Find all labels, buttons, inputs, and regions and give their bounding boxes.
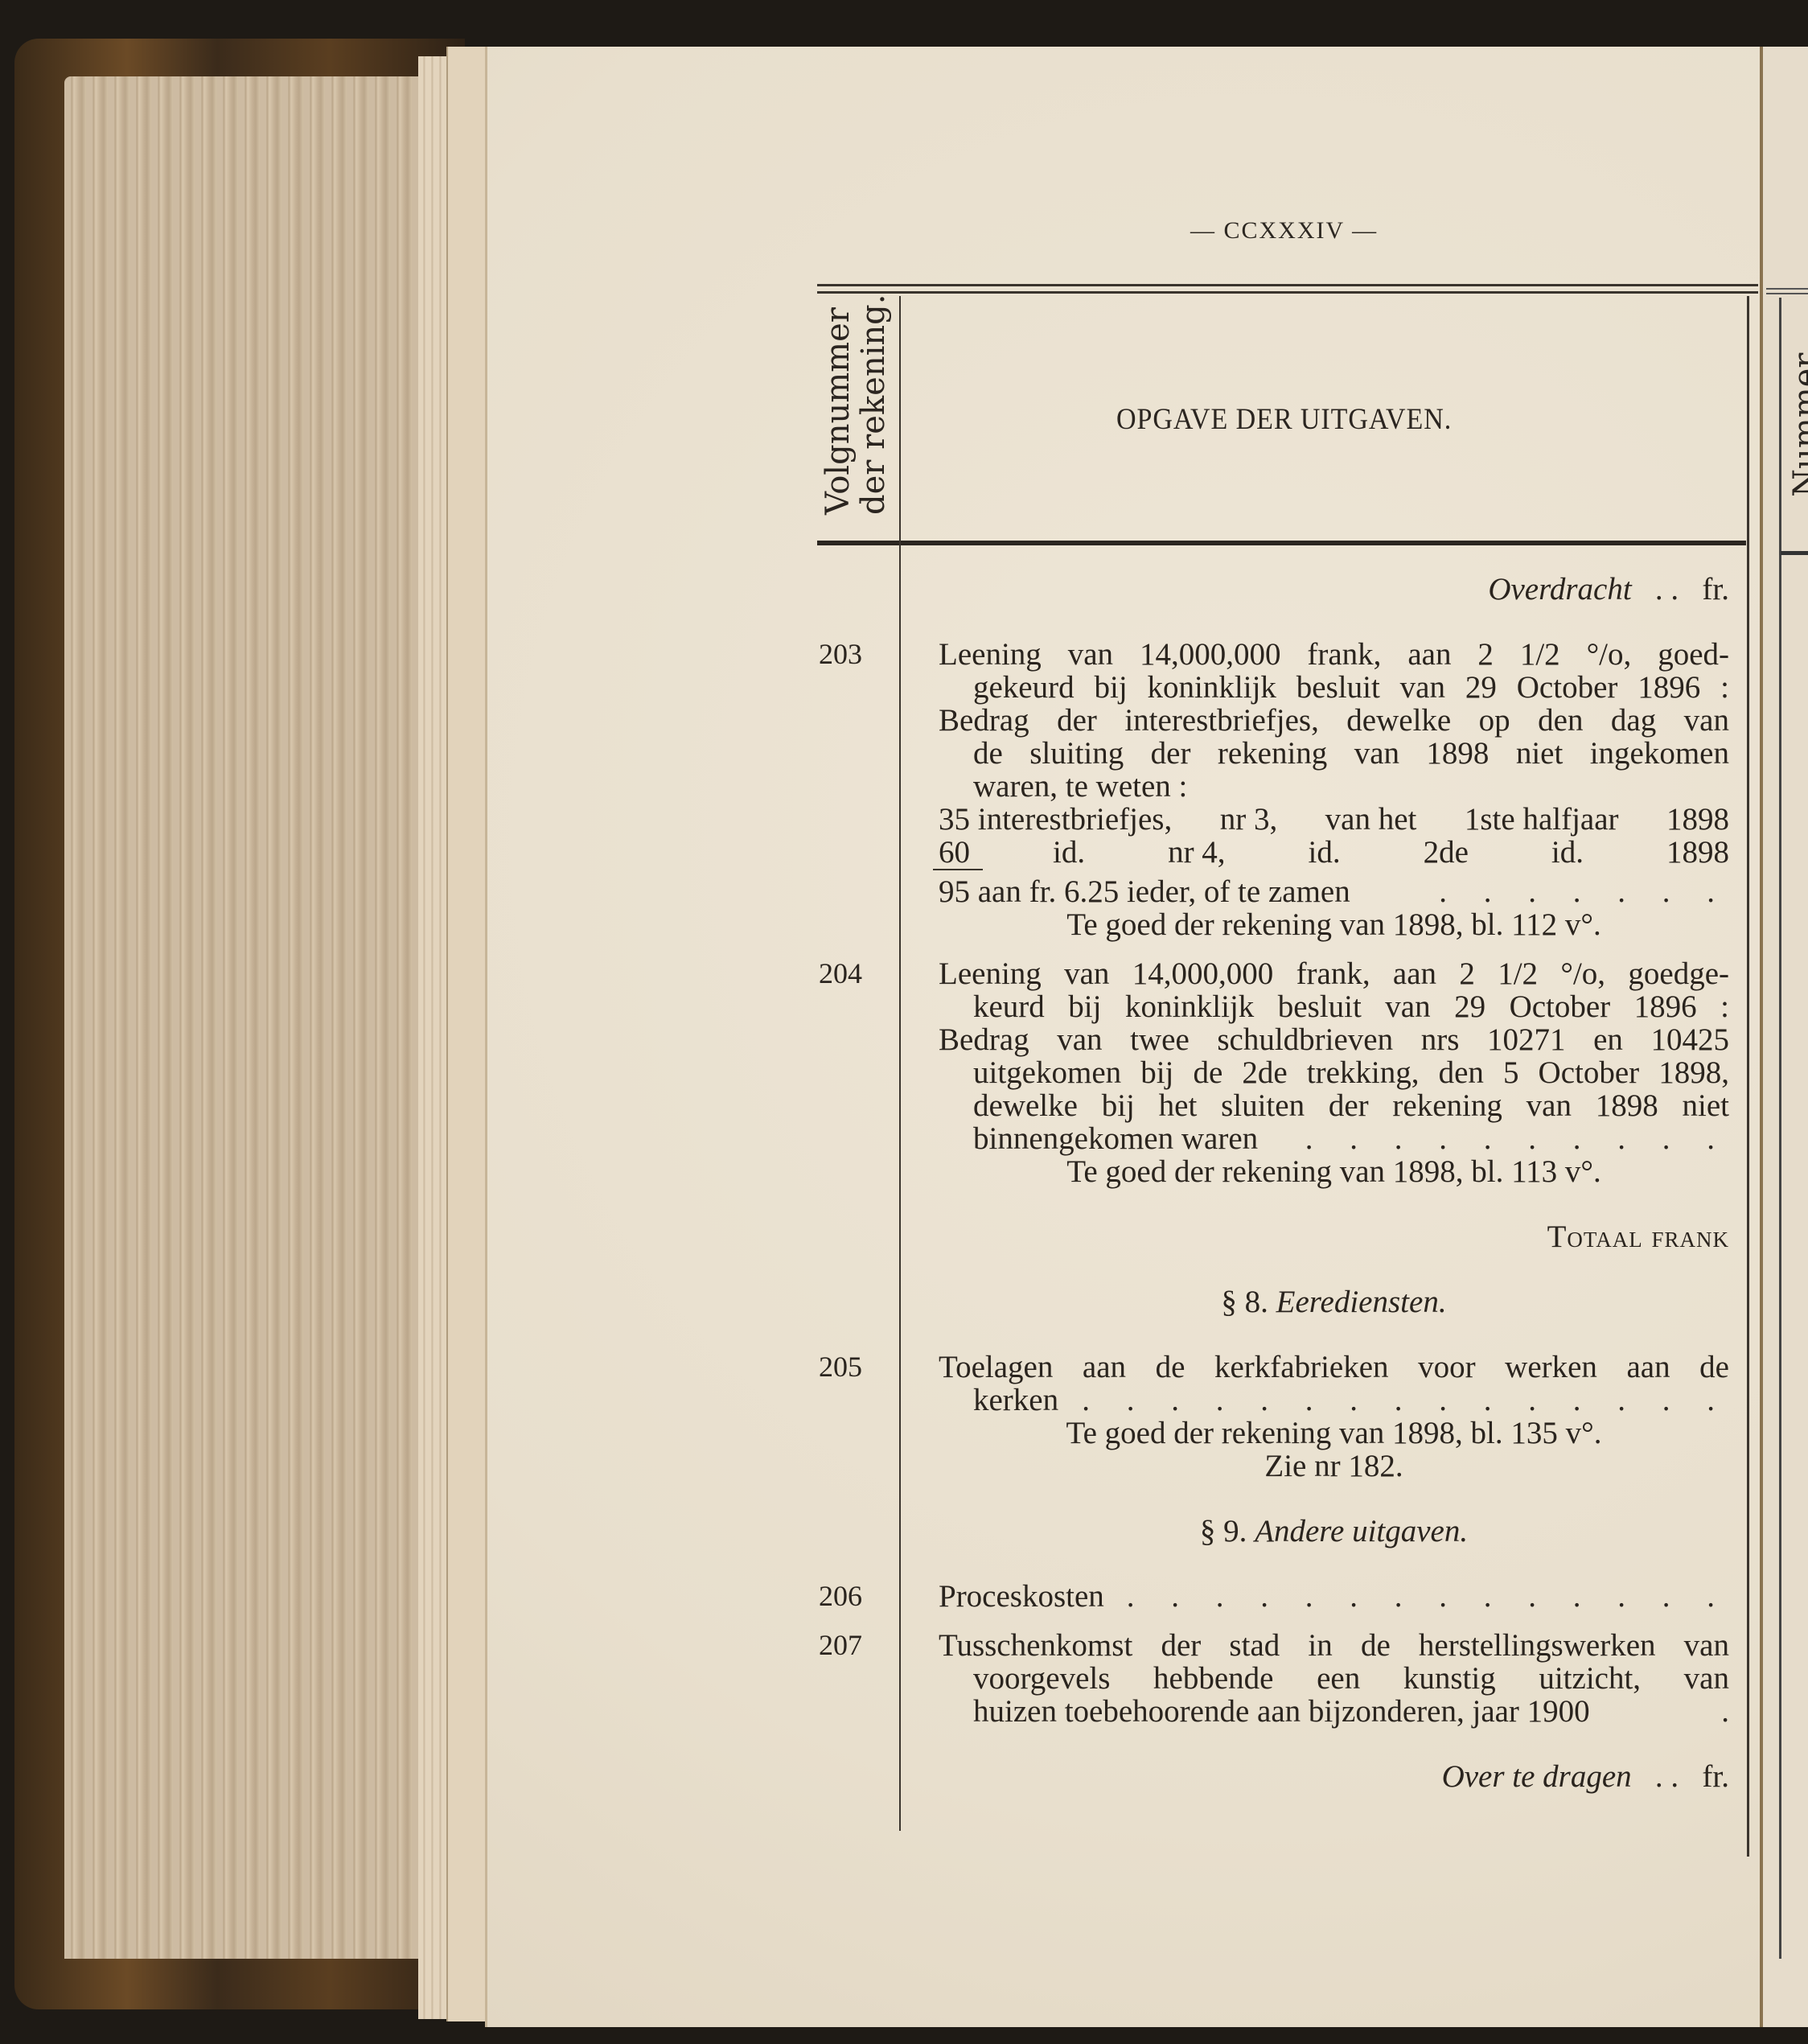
carry-in-row: Overdracht . . fr. (812, 573, 1729, 606)
entry-reference: Te goed der rekening van 1898, bl. 135 v… (939, 1417, 1729, 1450)
dot-leader: . (1721, 1695, 1729, 1728)
carry-out-label: Over te dragen (1442, 1759, 1632, 1794)
entry-line: kerken (973, 1384, 1058, 1417)
coupon-label: id. (1053, 836, 1085, 869)
entry-number: 205 (812, 1351, 869, 1384)
coupon-label: interestbriefjes, (978, 802, 1172, 837)
entry-line: Proceskosten (939, 1580, 1104, 1613)
table-top-double-rule (817, 284, 1758, 294)
entry-line: Bedrag van twee schuldbrieven nrs 10271 … (939, 1023, 1729, 1056)
carry-out-row: Over te dragen . . fr. (812, 1760, 1729, 1793)
section-title: Eerediensten. (1276, 1285, 1447, 1319)
coupon-number: nr 4, (1168, 836, 1226, 869)
entry-203: 203Leening van 14,000,000 frank, aan 2 1… (812, 638, 1729, 941)
entry-205: 205Toelagen aan de kerkfabrieken voor we… (812, 1351, 1729, 1483)
entry-line: uitgekomen bij de 2de trekking, den 5 Oc… (973, 1056, 1729, 1089)
breakdown-row: 35 interestbriefjes, nr 3, van het 1ste … (812, 803, 1729, 836)
dot-leader: . . . . . . . . . . (1305, 1122, 1729, 1155)
page-body: Overdracht . . fr. 203Leening van 14,000… (812, 573, 1729, 1793)
dot-leader: . . . . . . . . . . . . . . (1127, 1580, 1729, 1613)
next-page-edge: Nummer (1760, 47, 1808, 2027)
page-stack-fore-edge (64, 76, 450, 1959)
coupon-count: 60 (939, 836, 970, 869)
section-number: § 9. (1200, 1514, 1247, 1548)
entry-line: Tusschenkomst der stad in de herstelling… (939, 1629, 1729, 1662)
next-page-top-rule (1766, 288, 1808, 294)
section-number: § 8. (1221, 1285, 1268, 1319)
entry-line: waren, te weten : (973, 770, 1729, 803)
coupon-period: van het (1325, 803, 1417, 836)
next-page-column-header: Nummer (1787, 353, 1808, 497)
entry-204: 204Leening van 14,000,000 frank, aan 2 1… (812, 957, 1729, 1188)
entry-reference: Te goed der rekening van 1898, bl. 113 v… (939, 1155, 1729, 1188)
next-page-column-line (1779, 298, 1781, 1959)
dot-leader: . . . . . . . (1439, 875, 1729, 908)
coupon-year: 1898 (1666, 803, 1729, 836)
column-header-line-1: Volgnummer (820, 294, 856, 515)
entry-line: dewelke bij het sluiten der rekening van… (973, 1089, 1729, 1122)
entry-line: keurd bij koninklijk besluit van 29 Octo… (973, 990, 1729, 1023)
entry-line: Leening van 14,000,000 frank, aan 2 1/2 … (939, 638, 1729, 671)
entry-number: 203 (812, 638, 869, 671)
entry-line: Leening van 14,000,000 frank, aan 2 1/2 … (939, 957, 1729, 990)
entry-line: gekeurd bij koninklijk besluit van 29 Oc… (973, 671, 1729, 704)
entry-number: 206 (812, 1580, 869, 1613)
carry-in-label: Overdracht (1488, 572, 1631, 607)
coupon-year: 1898 (1666, 836, 1729, 869)
entry-see-also: Zie nr 182. (939, 1450, 1729, 1483)
column-header-line-2: der rekening. (856, 294, 891, 515)
entry-line: Bedrag der interestbriefjes, dewelke op … (939, 704, 1729, 737)
coupon-suffix: id. (1551, 836, 1584, 869)
coupon-suffix: halfjaar (1522, 802, 1618, 837)
entry-line: de sluiting der rekening van 1898 niet i… (973, 737, 1729, 770)
entry-reference: Te goed der rekening van 1898, bl. 112 v… (939, 908, 1729, 941)
next-page-header-rule (1781, 551, 1808, 555)
table-header-rule (817, 541, 1746, 545)
entry-line: Toelagen aan de kerkfabrieken voor werke… (939, 1351, 1729, 1384)
coupon-period: id. (1309, 836, 1341, 869)
entry-207: 207Tusschenkomst der stad in de herstell… (812, 1629, 1729, 1728)
total-line: 95 aan fr. 6.25 ieder, of te zamen . . .… (812, 875, 1729, 908)
entry-line: binnengekomen waren (973, 1122, 1258, 1155)
entry-number: 207 (812, 1629, 869, 1662)
entry-line: huizen toebehoorende aan bijzonderen, ja… (973, 1695, 1590, 1728)
coupon-total: 95 aan fr. 6.25 ieder, of te zamen (939, 875, 1350, 908)
section-heading-9: § 9. Andere uitgaven. (812, 1515, 1729, 1548)
section-title: Andere uitgaven. (1255, 1514, 1468, 1548)
entry-206: 206 Proceskosten . . . . . . . . . . . .… (812, 1580, 1729, 1613)
page-number: — CCXXXIV — (1190, 217, 1378, 245)
sum-rule (933, 869, 983, 870)
breakdown-row: 60 id. nr 4, id. 2de id. 1898 (812, 836, 1729, 869)
dot-leader: . . . . . . . . . . . . . . . (1082, 1384, 1729, 1417)
total-label: Totaal frank (939, 1220, 1729, 1253)
coupon-number: nr 3, (1220, 803, 1278, 836)
carry-out-leader: . . (1655, 1759, 1679, 1794)
carry-in-unit: fr. (1702, 572, 1729, 607)
entry-line: voorgevels hebbende een kunstig uitzicht… (973, 1662, 1729, 1695)
coupon-half: 2de (1424, 836, 1469, 869)
coupon-count: 35 (939, 802, 970, 837)
total-row: Totaal frank (812, 1220, 1729, 1253)
table-right-border (1747, 296, 1749, 1857)
carry-out-unit: fr. (1702, 1759, 1729, 1794)
section-heading-8: § 8. Eerediensten. (812, 1285, 1729, 1318)
column-header-volgnummer: Volgnummer der rekening. (820, 294, 891, 515)
table-title: OPGAVE DER UITGAVEN. (1116, 402, 1452, 437)
carry-in-leader: . . (1655, 572, 1679, 607)
entry-number: 204 (812, 957, 869, 990)
coupon-half: 1ste (1465, 802, 1515, 837)
